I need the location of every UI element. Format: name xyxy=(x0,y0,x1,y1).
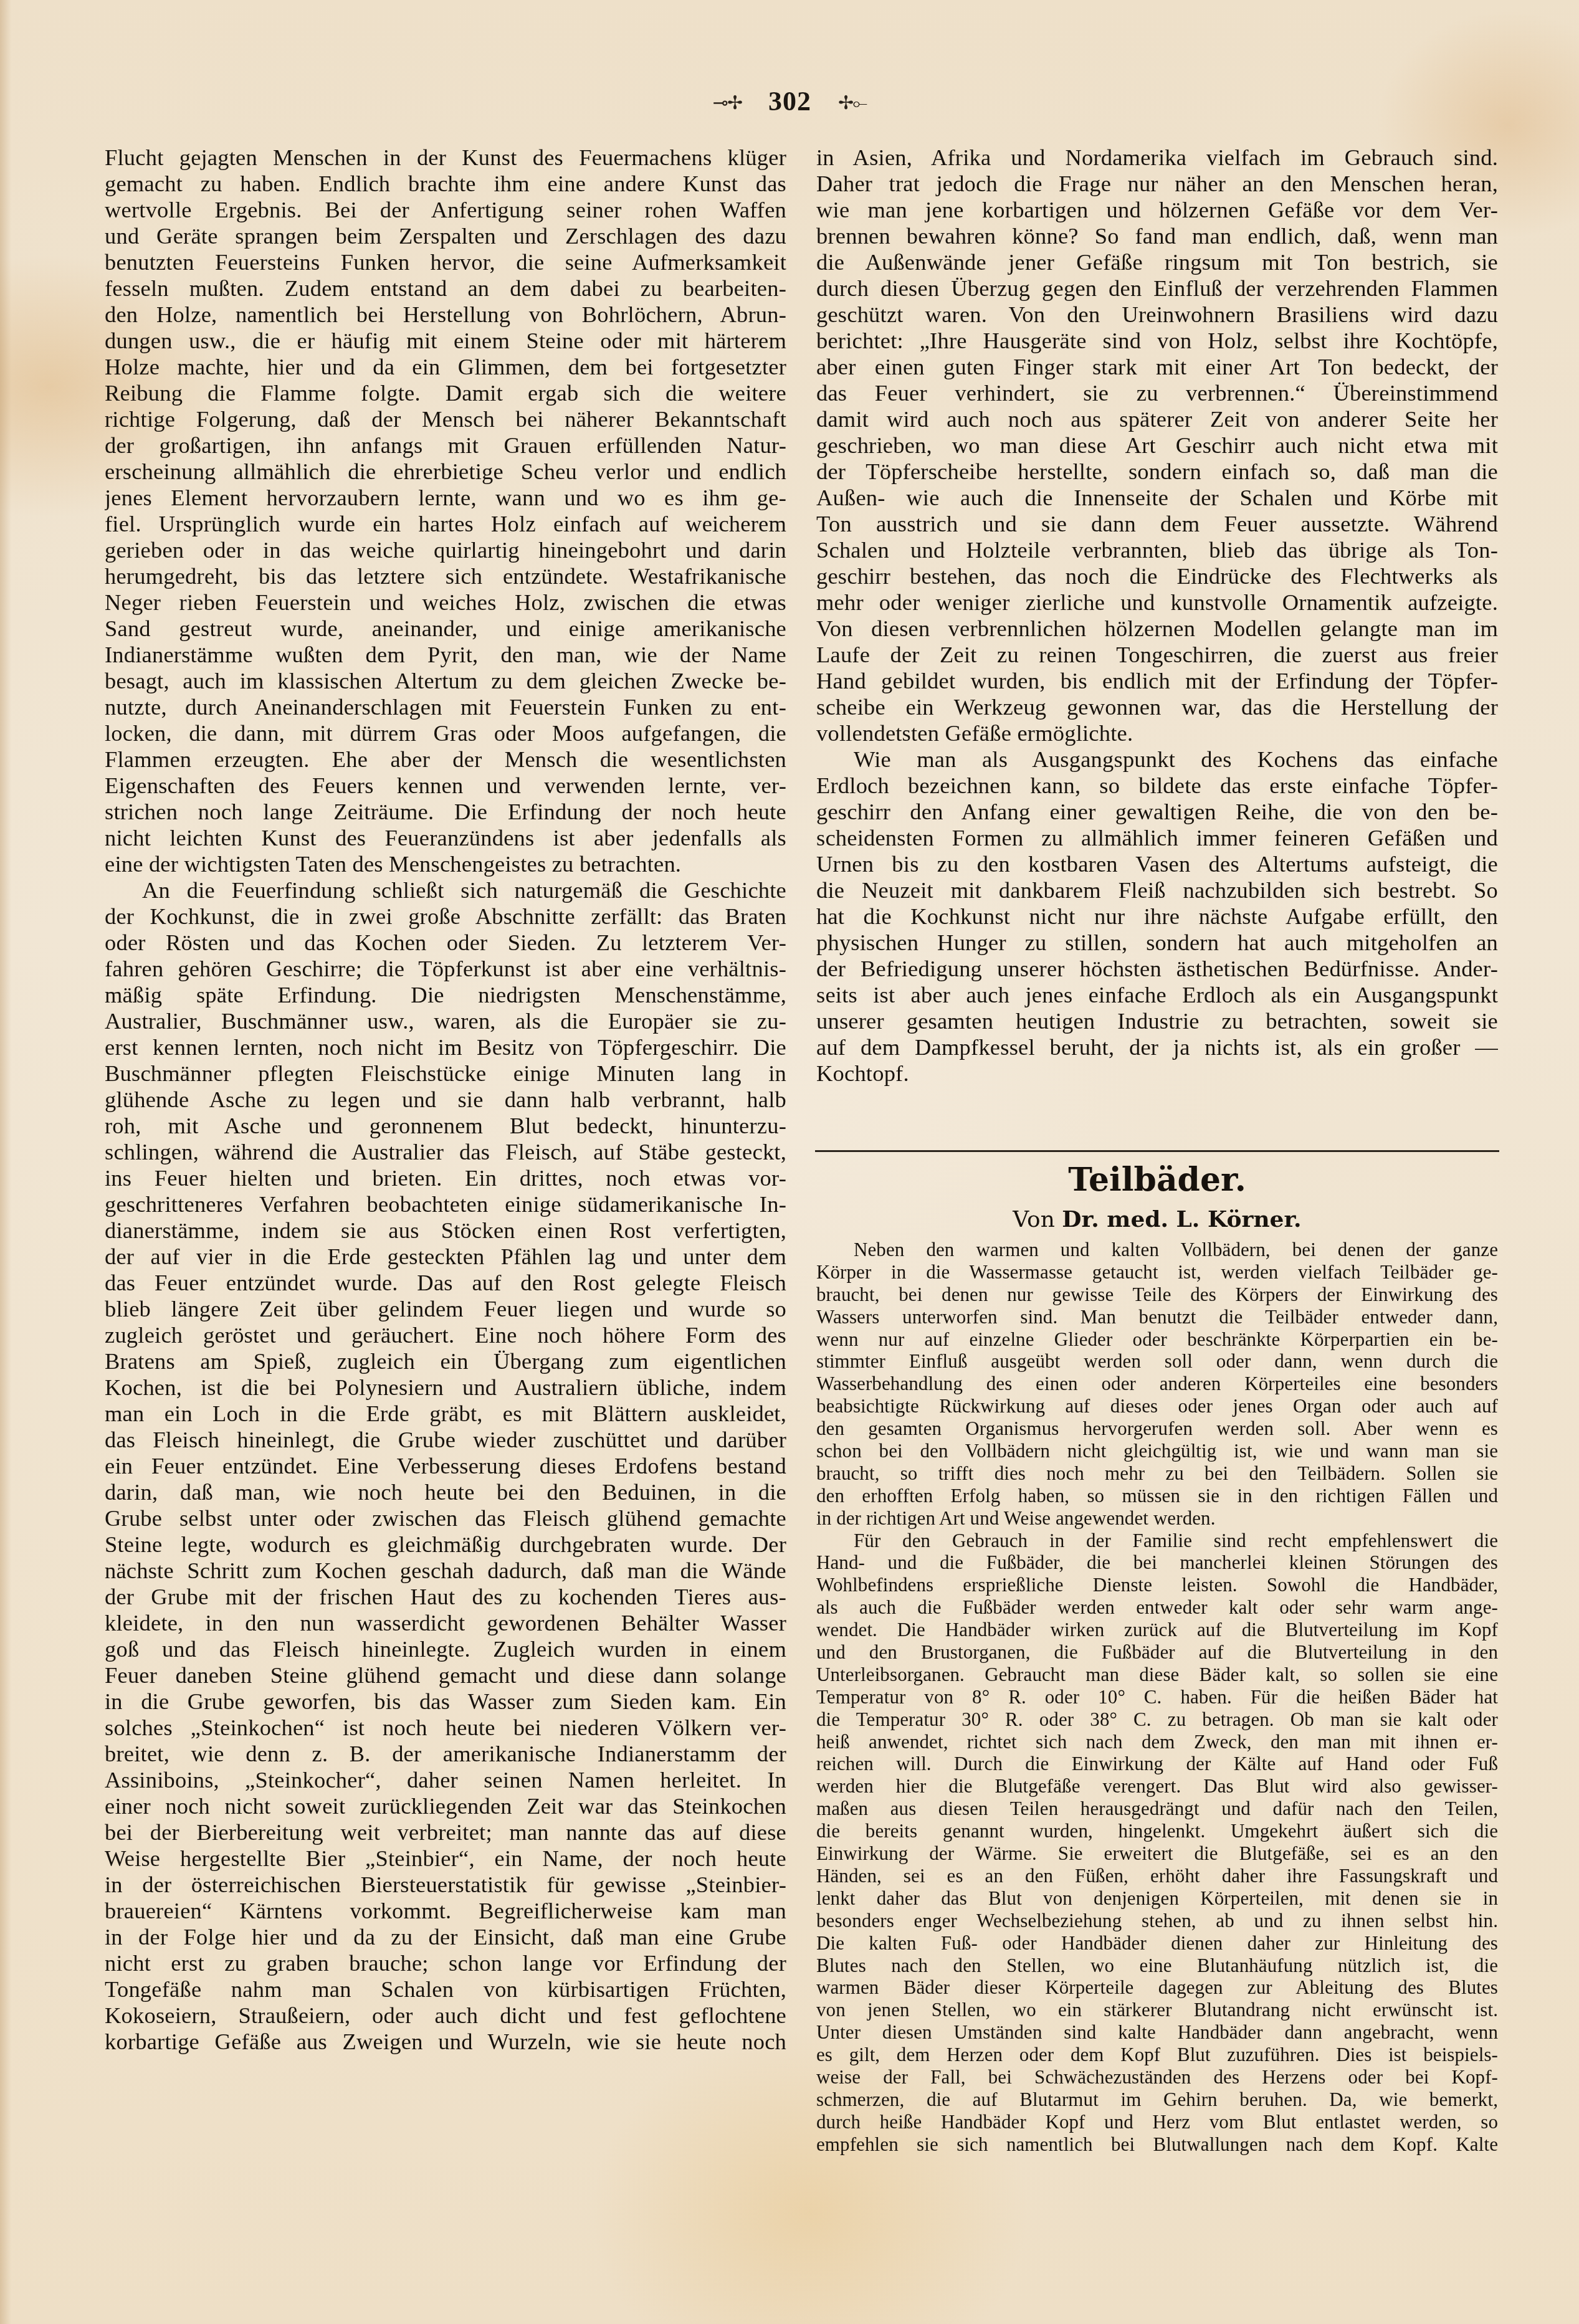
text-line: Temperatur von 8° R. oder 10° C. haben. … xyxy=(816,1686,1498,1708)
text-line: glühende Asche zu legen und sie dann hal… xyxy=(105,1087,786,1113)
text-line: das Feuer verhindert, sie zu verbrennen.… xyxy=(816,380,1498,406)
text-line: korbartige Gefäße aus Zweigen und Wurzel… xyxy=(105,2029,786,2055)
text-line: Neger rieben Feuerstein und weiches Holz… xyxy=(105,589,786,616)
text-line: erscheinung allmählich die ehrerbietige … xyxy=(105,459,786,485)
text-line: fesseln mußten. Zudem entstand an dem da… xyxy=(105,275,786,302)
text-line: Neben den warmen und kalten Vollbädern, … xyxy=(816,1239,1498,1261)
text-line: Kochen, ist die bei Polynesiern und Aust… xyxy=(105,1374,786,1401)
text-line: Bratens am Spieß, zugleich ein Übergang … xyxy=(105,1348,786,1374)
text-line: Schalen und Holzteile verbrannten, blieb… xyxy=(816,537,1498,563)
text-line: strichen noch lange Zeiträume. Die Erfin… xyxy=(105,799,786,825)
text-line: dungen usw., die er häufig mit einem Ste… xyxy=(105,328,786,354)
page-number: 302 xyxy=(768,86,811,117)
text-line: in Asien, Afrika und Nordamerika vielfac… xyxy=(816,145,1498,171)
text-line: Laufe der Zeit zu reinen Tongeschirren, … xyxy=(816,642,1498,668)
article-2-title: Teilbäder. xyxy=(816,1160,1498,1200)
text-line: nicht leichten Kunst des Feueranzündens … xyxy=(105,825,786,851)
text-line: heiß anwendet, richtet sich nach dem Zwe… xyxy=(816,1731,1498,1753)
text-line: schmerzen, die auf Blutarmut im Gehirn b… xyxy=(816,2088,1498,2111)
text-line: ein Feuer entzündet. Eine Verbesserung d… xyxy=(105,1453,786,1479)
text-line: nicht erst zu graben brauche; schon lang… xyxy=(105,1950,786,1976)
article-1-column-right: in Asien, Afrika und Nordamerika vielfac… xyxy=(816,145,1498,1087)
text-line: physischen Hunger zu stillen, sondern ha… xyxy=(816,930,1498,956)
text-line: brennen bewahren könne? So fand man endl… xyxy=(816,223,1498,249)
text-line: Erdloch bezeichnen kann, so bildete das … xyxy=(816,773,1498,799)
text-line: maßen aus diesen Teilen herausgedrängt u… xyxy=(816,1798,1498,1820)
text-line: die bereits genannt wurden, hingelenkt. … xyxy=(816,1820,1498,1842)
text-line: in der österreichischen Biersteuerstatis… xyxy=(105,1872,786,1898)
text-line: Feuer daneben Steine glühend gemacht und… xyxy=(105,1662,786,1688)
text-line: darin, daß man, wie noch heute bei den B… xyxy=(105,1479,786,1505)
text-line: richtige Folgerung, daß der Mensch bei n… xyxy=(105,406,786,432)
text-line: Kochtopf. xyxy=(816,1060,1498,1087)
text-line: der Kochkunst, die in zwei große Abschni… xyxy=(105,903,786,930)
text-line: Steine legte, wodurch es gleichmäßig dur… xyxy=(105,1531,786,1558)
text-line: vollendetsten Gefäße ermöglichte. xyxy=(816,720,1498,746)
text-line: bei der Bierbereitung weit verbreitet; m… xyxy=(105,1819,786,1845)
text-line: der Befriedigung unserer höchsten ästhet… xyxy=(816,956,1498,982)
text-line: Hand gebildet wurden, bis endlich mit de… xyxy=(816,668,1498,694)
byline-author: Dr. med. L. Körner. xyxy=(1062,1206,1301,1232)
text-line: locken, die dann, mit dürrem Gras oder M… xyxy=(105,720,786,746)
text-line: warmen Bäder dieser Körperteile dagegen … xyxy=(816,1976,1498,1999)
text-line: Holze machte, hier und da ein Glimmen, d… xyxy=(105,354,786,380)
text-line: die Temperatur 30° R. oder 38° C. zu bet… xyxy=(816,1708,1498,1731)
text-line: Ton ausstrich und sie dann dem Feuer aus… xyxy=(816,511,1498,537)
text-line: breitet, wie denn z. B. der amerikanisch… xyxy=(105,1741,786,1767)
text-line: wenn nur auf einzelne Glieder oder besch… xyxy=(816,1328,1498,1351)
text-line: geschirr bestehen, das noch die Eindrück… xyxy=(816,563,1498,589)
text-line: mäßig späte Erfindung. Die niedrigsten M… xyxy=(105,982,786,1008)
text-line: brauereien“ Kärntens vorkommt. Begreifli… xyxy=(105,1898,786,1924)
text-line: kleidete, in den nun wasserdicht geworde… xyxy=(105,1610,786,1636)
text-line: durch heiße Handbäder Kopf und Herz vom … xyxy=(816,2111,1498,2133)
ornament-right-icon: ✢⟜ xyxy=(838,92,866,114)
text-line: und Geräte sprangen beim Zerspalten und … xyxy=(105,223,786,249)
text-line: jenes Element hervorzaubern lernte, wann… xyxy=(105,485,786,511)
text-line: der Grube mit der frischen Haut des zu k… xyxy=(105,1584,786,1610)
text-line: braucht, bei denen nur gewisse Teile des… xyxy=(816,1283,1498,1306)
text-line: Eigenschaften des Feuers kennen und verw… xyxy=(105,773,786,799)
text-line: Flucht gejagten Menschen in der Kunst de… xyxy=(105,145,786,171)
article-1-column-left: Flucht gejagten Menschen in der Kunst de… xyxy=(105,145,786,2055)
text-line: man ein Loch in die Erde gräbt, es mit B… xyxy=(105,1401,786,1427)
text-line: erst kennen lernten, noch nicht im Besit… xyxy=(105,1034,786,1060)
text-line: dianerstämme, indem sie aus Stöcken eine… xyxy=(105,1217,786,1244)
text-line: von jenen Stellen, wo ein stärkerer Blut… xyxy=(816,1999,1498,2021)
text-line: besagt, auch im klassischen Altertum zu … xyxy=(105,668,786,694)
text-line: es gilt, dem Herzen oder dem Kopf Blut z… xyxy=(816,2044,1498,2066)
page-edge-shadow xyxy=(0,0,11,2324)
text-line: ins Feuer hielten und brieten. Ein dritt… xyxy=(105,1165,786,1191)
text-line: Daher trat jedoch die Frage nur näher an… xyxy=(816,171,1498,197)
text-line: zugleich geröstet und geräuchert. Eine n… xyxy=(105,1322,786,1348)
text-line: gemacht zu haben. Endlich brachte ihm ei… xyxy=(105,171,786,197)
text-line: gerieben oder in das weiche quirlartig h… xyxy=(105,537,786,563)
text-line: Von diesen verbrennlichen hölzernen Mode… xyxy=(816,616,1498,642)
text-line: stimmter Einfluß ausgeübt werden soll od… xyxy=(816,1350,1498,1373)
text-line: der großartigen, ihn anfangs mit Grauen … xyxy=(105,432,786,459)
text-line: und den Brustorganen, die Fußbäder auf d… xyxy=(816,1641,1498,1664)
text-line: fiel. Ursprünglich wurde ein hartes Holz… xyxy=(105,511,786,537)
text-line: geschritteneres Verfahren beobachteten e… xyxy=(105,1191,786,1217)
text-line: geschrieben, wo man diese Art Geschirr a… xyxy=(816,432,1498,459)
text-line: benutzten Feuersteins Funken hervor, die… xyxy=(105,249,786,275)
text-line: Flammen erzeugten. Ehe aber der Mensch d… xyxy=(105,746,786,773)
text-line: der Töpferscheibe herstellte, sondern ei… xyxy=(816,459,1498,485)
text-line: das Fleisch hineinlegt, die Grube wieder… xyxy=(105,1427,786,1453)
text-line: Buschmänner pflegten Fleischstücke einig… xyxy=(105,1060,786,1087)
text-line: damit wird auch noch aus späterer Zeit v… xyxy=(816,406,1498,432)
text-line: Kokoseiern, Straußeiern, oder auch dicht… xyxy=(105,2003,786,2029)
text-line: scheidensten Formen zu allmählich immer … xyxy=(816,825,1498,851)
text-line: Reibung die Flamme folgte. Damit ergab s… xyxy=(105,380,786,406)
text-line: Indianerstämme wußten dem Pyrit, den man… xyxy=(105,642,786,668)
byline-prefix: Von xyxy=(1013,1207,1062,1232)
text-line: besonders enger Wechselbeziehung stehen,… xyxy=(816,1910,1498,1932)
text-line: An die Feuerfindung schließt sich naturg… xyxy=(105,877,786,903)
text-line: den Holze, namentlich bei Herstellung vo… xyxy=(105,302,786,328)
text-line: oder Rösten und das Kochen oder Sieden. … xyxy=(105,930,786,956)
text-line: Australier, Buschmänner usw., waren, als… xyxy=(105,1008,786,1034)
text-line: schlingen, während die Australier das Fl… xyxy=(105,1139,786,1165)
text-line: Für den Gebrauch in der Familie sind rec… xyxy=(816,1530,1498,1552)
text-line: werden hier die Blutgefäße verengert. Da… xyxy=(816,1775,1498,1798)
text-line: Außen- wie auch die Innenseite der Schal… xyxy=(816,485,1498,511)
text-line: Händen, sei es an den Füßen, erhöht dahe… xyxy=(816,1865,1498,1887)
text-line: beabsichtigte Rückwirkung auf dieses ode… xyxy=(816,1395,1498,1417)
text-line: Die kalten Fuß- oder Handbäder dienen da… xyxy=(816,1932,1498,1955)
text-line: braucht, so trifft dies noch mehr zu bei… xyxy=(816,1462,1498,1485)
text-line: Wie man als Ausgangspunkt des Kochens da… xyxy=(816,746,1498,773)
text-line: schon bei den Vollbädern nicht gleichgül… xyxy=(816,1440,1498,1462)
text-line: Sand gestreut wurde, aneinander, und ein… xyxy=(105,616,786,642)
text-line: nutzte, durch Aneinanderschlagen mit Feu… xyxy=(105,694,786,720)
text-line: in der richtigen Art und Weise angewende… xyxy=(816,1507,1498,1530)
text-line: Grube selbst unter oder zwischen das Fle… xyxy=(105,1505,786,1531)
text-line: lenkt daher das Blut von denjenigen Körp… xyxy=(816,1887,1498,1910)
text-line: scheibe ein Werkzeug gewonnen war, das d… xyxy=(816,694,1498,720)
text-line: den gesamten Organismus hervorgerufen we… xyxy=(816,1417,1498,1440)
text-line: Blutes nach den Stellen, wo eine Blutanh… xyxy=(816,1955,1498,1977)
text-line: eine der wichtigsten Taten des Menscheng… xyxy=(105,851,786,877)
text-line: seits ist aber auch jenes einfache Erdlo… xyxy=(816,982,1498,1008)
text-line: aber einen guten Finger stark mit einer … xyxy=(816,354,1498,380)
text-line: in der Folge hier und da zu der Einsicht… xyxy=(105,1924,786,1950)
text-line: geschützt waren. Von den Ureinwohnern Br… xyxy=(816,302,1498,328)
text-line: wertvolle Ergebnis. Bei der Anfertigung … xyxy=(105,197,786,223)
text-line: Unter diesen Umständen sind kalte Handbä… xyxy=(816,2021,1498,2044)
text-line: reichen will. Durch die Einwirkung der K… xyxy=(816,1753,1498,1775)
text-line: Weise hergestellte Bier „Steinbier“, ein… xyxy=(105,1845,786,1872)
text-line: Einwirkung der Wärme. Sie erweitert die … xyxy=(816,1842,1498,1865)
text-line: goß und das Fleisch hineinlegte. Zugleic… xyxy=(105,1636,786,1662)
text-line: empfehlen sie sich namentlich bei Blutwa… xyxy=(816,2133,1498,2156)
text-line: wendet. Die Handbäder wirken zurück auf … xyxy=(816,1619,1498,1641)
text-line: weise der Fall, bei Schwächezuständen de… xyxy=(816,2066,1498,2088)
text-line: die Außenwände jener Gefäße ringsum mit … xyxy=(816,249,1498,275)
text-line: auf dem Dampfkessel beruht, der ja nicht… xyxy=(816,1034,1498,1060)
text-line: Wasserbehandlung des einen oder anderen … xyxy=(816,1373,1498,1395)
text-line: blieb längere Zeit über gelindem Feuer l… xyxy=(105,1296,786,1322)
text-line: durch diesen Überzug gegen den Einfluß d… xyxy=(816,275,1498,302)
ornament-left-icon: ⊸✢ xyxy=(713,92,742,114)
text-line: berichtet: „Ihre Hausgeräte sind von Hol… xyxy=(816,328,1498,354)
text-line: Wohlbefindens ersprießliche Dienste leis… xyxy=(816,1574,1498,1596)
text-line: unserer gesamten heutigen Industrie zu b… xyxy=(816,1008,1498,1034)
text-line: geschirr den Anfang einer gewaltigen Rei… xyxy=(816,799,1498,825)
article-2-byline: Von Dr. med. L. Körner. xyxy=(816,1206,1498,1234)
text-line: Wassers unterworfen sind. Man benutzt di… xyxy=(816,1306,1498,1328)
section-divider-rule xyxy=(815,1150,1499,1152)
text-line: als auch die Fußbäder werden entweder ka… xyxy=(816,1596,1498,1619)
article-2-body: Neben den warmen und kalten Vollbädern, … xyxy=(816,1239,1498,2156)
text-line: das Feuer entzündet wurde. Das auf den R… xyxy=(105,1270,786,1296)
text-line: die Neuzeit mit dankbarem Fleiß nachzubi… xyxy=(816,877,1498,903)
text-line: solches „Steinkochen“ ist noch heute bei… xyxy=(105,1715,786,1741)
text-line: der auf vier in die Erde gesteckten Pfäh… xyxy=(105,1244,786,1270)
text-line: mehr oder weniger zierliche und kunstvol… xyxy=(816,589,1498,616)
text-line: Hand- und die Fußbäder, die bei mancherl… xyxy=(816,1551,1498,1574)
text-line: roh, mit Asche und geronnenem Blut bedec… xyxy=(105,1113,786,1139)
text-line: wie man jene korbartigen und hölzernen G… xyxy=(816,197,1498,223)
text-line: in die Grube geworfen, bis das Wasser zu… xyxy=(105,1688,786,1715)
text-line: nächste Schritt zum Kochen geschah dadur… xyxy=(105,1558,786,1584)
text-line: herumgedreht, bis das letztere sich entz… xyxy=(105,563,786,589)
text-line: Urnen bis zu den kostbaren Vasen des Alt… xyxy=(816,851,1498,877)
text-line: Körper in die Wassermasse getaucht ist, … xyxy=(816,1261,1498,1283)
text-line: fahren gehören Geschirre; die Töpferkuns… xyxy=(105,956,786,982)
text-line: einer noch nicht soweit zurückliegenden … xyxy=(105,1793,786,1819)
text-line: Assiniboins, „Steinkocher“, daher seinen… xyxy=(105,1767,786,1793)
text-line: Tongefäße nahm man Schalen von kürbisart… xyxy=(105,1976,786,2003)
text-line: den erhofften Erfolg haben, so müssen si… xyxy=(816,1485,1498,1507)
page-header: ⊸✢ 302 ✢⟜ xyxy=(0,86,1579,119)
text-line: Unterleibsorganen. Gebraucht man diese B… xyxy=(816,1664,1498,1686)
text-line: hat die Kochkunst nicht nur ihre nächste… xyxy=(816,903,1498,930)
